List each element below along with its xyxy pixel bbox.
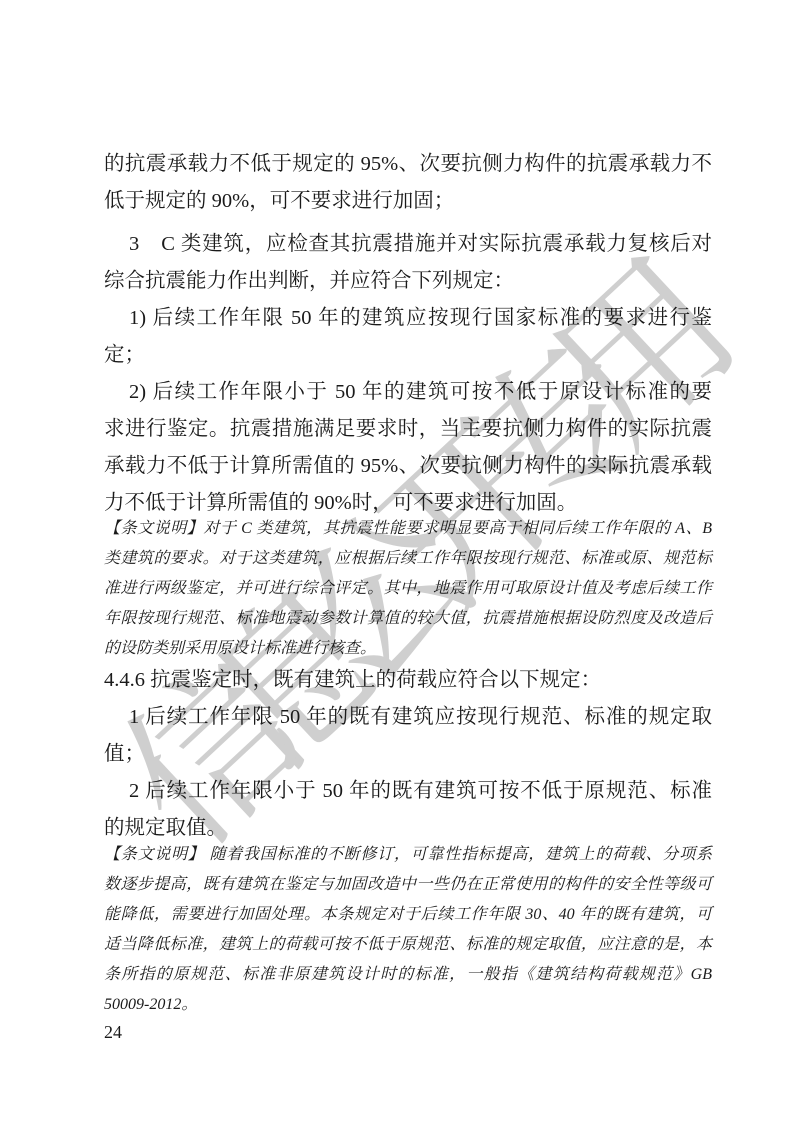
text-line: 综合抗震能力作出判断，并应符合下列规定： <box>104 263 712 300</box>
text-line: 1) 后续工作年限 50 年的建筑应按现行国家标准的要求进行鉴 <box>104 300 712 337</box>
clause-item-paragraph: 1 后续工作年限 50 年的既有建筑应按现行规范、标准的规定取 值； <box>104 699 712 773</box>
text-line: 2) 后续工作年限小于 50 年的建筑可按不低于原设计标准的要 <box>104 374 712 411</box>
text-line: 年限按现行规范、标准地震动参数计算值的较大值，抗震措施根据设防烈度及改造后 <box>104 604 712 634</box>
text-line: 的设防类别采用原设计标准进行核查。 <box>104 634 712 664</box>
clause-item-paragraph: 3 C 类建筑，应检查其抗震措施并对实际抗震承载力复核后对 综合抗震能力作出判断… <box>104 226 712 300</box>
commentary-paragraph: 【条文说明】 随着我国标准的不断修订，可靠性指标提高，建筑上的荷载、分项系 数逐… <box>104 840 712 1020</box>
text-line: 数逐步提高，既有建筑在鉴定与加固改造中一些仍在正常使用的构件的安全性等级可 <box>104 870 712 900</box>
text-line: 求进行鉴定。抗震措施满足要求时，当主要抗侧力构件的实际抗震 <box>104 411 712 448</box>
page-number: 24 <box>104 1022 122 1043</box>
text-line: 4.4.6 抗震鉴定时，既有建筑上的荷载应符合以下规定： <box>104 662 712 699</box>
commentary-paragraph: 【条文说明】对于 C 类建筑，其抗震性能要求明显要高于相同后续工作年限的 A、B… <box>104 514 712 664</box>
clause-head-paragraph: 4.4.6 抗震鉴定时，既有建筑上的荷载应符合以下规定： <box>104 662 712 699</box>
clause-subitem-paragraph: 2) 后续工作年限小于 50 年的建筑可按不低于原设计标准的要 求进行鉴定。抗震… <box>104 374 712 522</box>
text-line: 准进行两级鉴定，并可进行综合评定。其中，地震作用可取原设计值及考虑后续工作 <box>104 574 712 604</box>
text-line: 2 后续工作年限小于 50 年的既有建筑可按不低于原规范、标准 <box>104 773 712 810</box>
text-line: 承载力不低于计算所需值的 95%、次要抗侧力构件的实际抗震承载 <box>104 448 712 485</box>
clause-item-paragraph: 2 后续工作年限小于 50 年的既有建筑可按不低于原规范、标准 的规定取值。 <box>104 773 712 847</box>
text-line: 1 后续工作年限 50 年的既有建筑应按现行规范、标准的规定取 <box>104 699 712 736</box>
text-line: 【条文说明】 随着我国标准的不断修订，可靠性指标提高，建筑上的荷载、分项系 <box>104 840 712 870</box>
clause-subitem-paragraph: 1) 后续工作年限 50 年的建筑应按现行国家标准的要求进行鉴 定； <box>104 300 712 374</box>
text-column: 的抗震承载力不低于规定的 95%、次要抗侧力构件的抗震承载力不 低于规定的 90… <box>104 146 712 1020</box>
document-page: 信息公开专用 的抗震承载力不低于规定的 95%、次要抗侧力构件的抗震承载力不 低… <box>0 0 800 1131</box>
text-line: 适当降低标准，建筑上的荷载可按不低于原规范、标准的规定取值，应注意的是，本 <box>104 930 712 960</box>
text-line: 定； <box>104 337 712 374</box>
text-line: 低于规定的 90%，可不要求进行加固； <box>104 183 712 220</box>
text-line: 3 C 类建筑，应检查其抗震措施并对实际抗震承载力复核后对 <box>104 226 712 263</box>
text-line: 的抗震承载力不低于规定的 95%、次要抗侧力构件的抗震承载力不 <box>104 146 712 183</box>
text-line: 条所指的原规范、标准非原建筑设计时的标准，一般指《建筑结构荷载规范》GB <box>104 960 712 990</box>
text-line: 50009-2012。 <box>104 990 712 1020</box>
clause-continuation-paragraph: 的抗震承载力不低于规定的 95%、次要抗侧力构件的抗震承载力不 低于规定的 90… <box>104 146 712 220</box>
text-line: 能降低，需要进行加固处理。本条规定对于后续工作年限 30、40 年的既有建筑，可 <box>104 900 712 930</box>
text-line: 【条文说明】对于 C 类建筑，其抗震性能要求明显要高于相同后续工作年限的 A、B <box>104 514 712 544</box>
text-line: 值； <box>104 736 712 773</box>
text-line: 类建筑的要求。对于这类建筑，应根据后续工作年限按现行规范、标准或原、规范标 <box>104 544 712 574</box>
